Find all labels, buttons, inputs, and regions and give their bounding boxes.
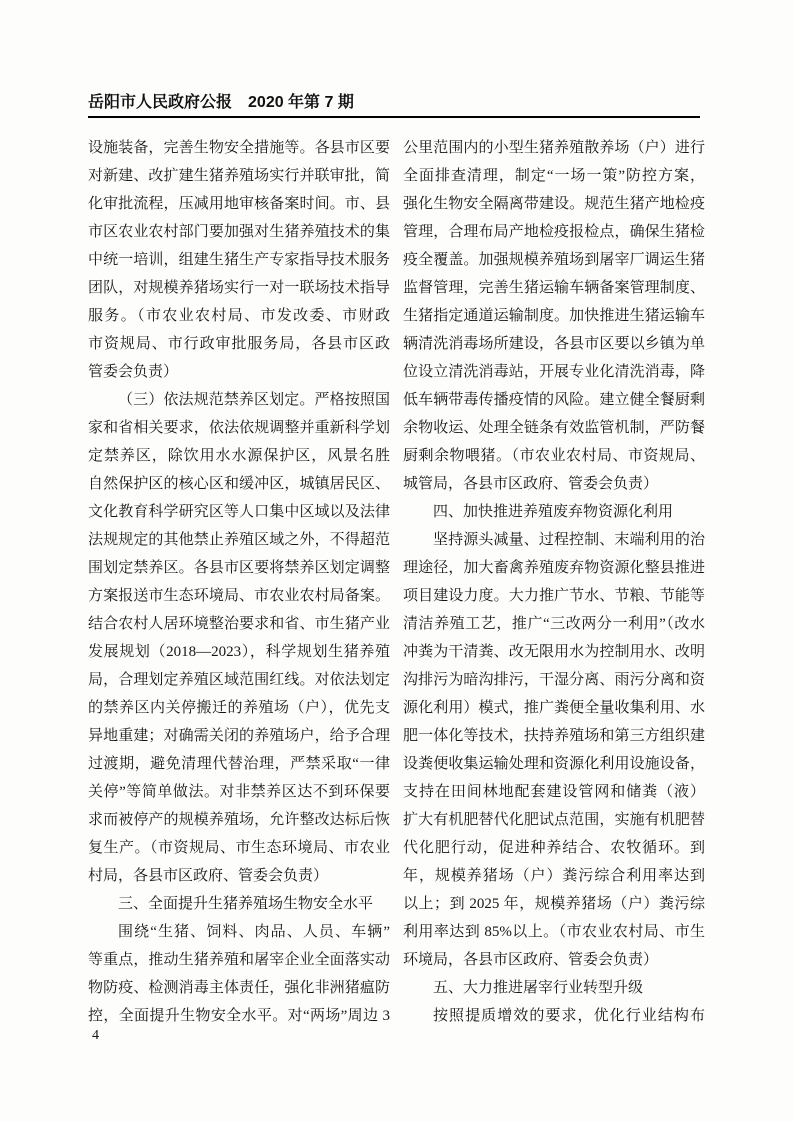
text-line: 环境局，各县市区政府、管委会负责） (403, 946, 705, 974)
text-line: 方案报送市生态环境局、市农业农村局备案。 (88, 582, 390, 610)
text-line: 设施装备，完善生物安全措施等。各县市区要 (88, 134, 390, 162)
gazette-title: 岳阳市人民政府公报 (88, 94, 232, 111)
text-line: 中统一培训，组建生猪生产专家指导技术服务 (88, 246, 390, 274)
document-body: 设施装备，完善生物安全措施等。各县市区要对新建、改扩建生猪养殖场实行并联审批，简… (88, 134, 705, 1030)
text-line: 自然保护区的核心区和缓冲区，城镇居民区、 (88, 470, 390, 498)
gazette-issue-label: 2020 年第 7 期 (248, 94, 354, 111)
text-line: 冲粪为干清粪、改无限用水为控制用水、改明 (403, 638, 705, 666)
text-line: 对新建、改扩建生猪养殖场实行并联审批，简 (88, 162, 390, 190)
text-line: 沟排污为暗沟排污，干湿分离、雨污分离和资 (403, 666, 705, 694)
text-line: 公里范围内的小型生猪养殖散养场（户）进行 (403, 134, 705, 162)
text-line: 文化教育科学研究区等人口集中区域以及法律 (88, 498, 390, 526)
text-line: 坚持源头减量、过程控制、末端利用的治 (403, 526, 705, 554)
text-line: 管理，合理布局产地检疫报检点，确保生猪检 (403, 218, 705, 246)
text-line: 定禁养区，除饮用水水源保护区，风景名胜区， (88, 442, 390, 470)
text-line: 家和省相关要求，依法依规调整并重新科学划 (88, 414, 390, 442)
text-line: 四、加快推进养殖废弃物资源化利用 (403, 498, 705, 526)
text-line: 服务。（市农业农村局、市发改委、市财政局、 (88, 302, 390, 330)
text-line: 控，全面提升生物安全水平。对“两场”周边 3 (88, 1002, 390, 1030)
text-line: 监督管理，完善生猪运输车辆备案管理制度、 (403, 274, 705, 302)
page-number: 4 (92, 1027, 99, 1045)
text-line: 团队，对规模养猪场实行一对一联场技术指导 (88, 274, 390, 302)
text-line: 扩大有机肥替代化肥试点范围，实施有机肥替 (403, 806, 705, 834)
text-line: 以上；到 2025 年，规模养猪场（户）粪污综合 (403, 890, 705, 918)
text-line: 局，合理划定养殖区域范围红线。对依法划定 (88, 666, 390, 694)
text-line: 等重点，推动生猪养殖和屠宰企业全面落实动 (88, 946, 390, 974)
text-line: 化审批流程，压减用地审核备案时间。市、县 (88, 190, 390, 218)
text-line: 发展规划（2018—2023），科学规划生猪养殖布 (88, 638, 390, 666)
text-line: 低车辆带毒传播疫情的风险。建立健全餐厨剩 (403, 386, 705, 414)
text-line: 年，规模养猪场（户）粪污综合利用率达到 78% (403, 862, 705, 890)
text-line: 异地重建；对确需关闭的养殖场户，给予合理 (88, 722, 390, 750)
text-line: 疫全覆盖。加强规模养殖场到屠宰厂调运生猪 (403, 246, 705, 274)
text-line: 市区农业农村部门要加强对生猪养殖技术的集 (88, 218, 390, 246)
text-line: 关停”等简单做法。对非禁养区达不到环保要 (88, 778, 390, 806)
gazette-page: 岳阳市人民政府公报2020 年第 7 期 设施装备，完善生物安全措施等。各县市区… (0, 0, 793, 1122)
text-line: 肥一体化等技术，扶持养殖场和第三方组织建 (403, 722, 705, 750)
text-line: 的禁养区内关停搬迁的养殖场（户），优先支持 (88, 694, 390, 722)
text-line: 全面排查清理，制定“一场一策”防控方案， (403, 162, 705, 190)
text-line: 法规规定的其他禁止养殖区域之外，不得超范 (88, 526, 390, 554)
text-line: 余物收运、处理全链条有效监管机制，严防餐 (403, 414, 705, 442)
text-line: （三）依法规范禁养区划定。严格按照国 (88, 386, 390, 414)
text-line: 位设立清洗消毒站，开展专业化清洗消毒，降 (403, 358, 705, 386)
page-header: 岳阳市人民政府公报2020 年第 7 期 (88, 93, 700, 113)
text-line: 管委会负责） (88, 358, 390, 386)
text-line: 村局，各县市区政府、管委会负责） (88, 862, 390, 890)
text-line: 城管局，各县市区政府、管委会负责） (403, 470, 705, 498)
text-line: 三、全面提升生猪养殖场生物安全水平 (88, 890, 390, 918)
header-rule (88, 116, 700, 118)
left-column: 设施装备，完善生物安全措施等。各县市区要对新建、改扩建生猪养殖场实行并联审批，简… (88, 134, 390, 1030)
right-column: 公里范围内的小型生猪养殖散养场（户）进行全面排查清理，制定“一场一策”防控方案，… (403, 134, 705, 1030)
text-line: 支持在田间林地配套建设管网和储粪（液）池， (403, 778, 705, 806)
text-line: 结合农村人居环境整治要求和省、市生猪产业 (88, 610, 390, 638)
text-line: 理途径，加大畜禽养殖废弃物资源化整县推进 (403, 554, 705, 582)
text-line: 厨剩余物喂猪。（市农业农村局、市资规局、市 (403, 442, 705, 470)
text-line: 按照提质增效的要求，优化行业结构布局， (403, 1002, 705, 1030)
text-line: 物防疫、检测消毒主体责任，强化非洲猪瘟防 (88, 974, 390, 1002)
text-line: 生猪指定通道运输制度。加快推进生猪运输车 (403, 302, 705, 330)
text-line: 设粪便收集运输处理和资源化利用设施设备， (403, 750, 705, 778)
text-line: 市资规局、市行政审批服务局，各县市区政府、 (88, 330, 390, 358)
text-line: 围绕“生猪、饲料、肉品、人员、车辆” (88, 918, 390, 946)
text-line: 源化利用）模式，推广粪便全量收集利用、水 (403, 694, 705, 722)
text-line: 辆清洗消毒场所建设，各县市区要以乡镇为单 (403, 330, 705, 358)
text-line: 过渡期，避免清理代替治理，严禁采取“一律 (88, 750, 390, 778)
text-line: 利用率达到 85%以上。（市农业农村局、市生态 (403, 918, 705, 946)
text-line: 强化生物安全隔离带建设。规范生猪产地检疫 (403, 190, 705, 218)
text-line: 项目建设力度。大力推广节水、节粮、节能等 (403, 582, 705, 610)
text-line: 清洁养殖工艺，推广“三改两分一利用”（改水 (403, 610, 705, 638)
text-line: 五、大力推进屠宰行业转型升级 (403, 974, 705, 1002)
text-line: 围划定禁养区。各县市区要将禁养区划定调整 (88, 554, 390, 582)
text-line: 求而被停产的规模养殖场，允许整改达标后恢 (88, 806, 390, 834)
text-line: 代化肥行动，促进种养结合、农牧循环。到 2022 (403, 834, 705, 862)
text-line: 复生产。（市资规局、市生态环境局、市农业农 (88, 834, 390, 862)
